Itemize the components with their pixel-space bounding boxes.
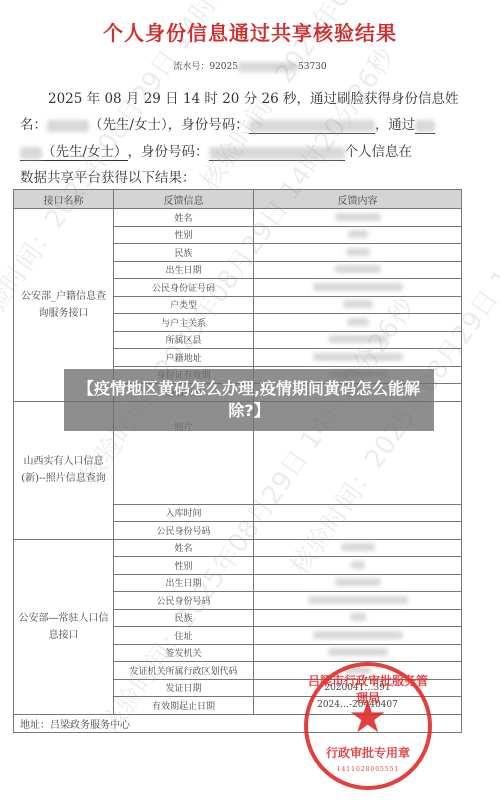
star-icon: ★ (348, 696, 387, 740)
field-label: 性别 (114, 557, 254, 575)
field-value (254, 261, 462, 279)
field-label: 出生日期 (114, 261, 254, 279)
redacted-id-2 (209, 147, 345, 159)
field-label: 姓名 (114, 209, 254, 227)
redacted-serial (238, 62, 298, 72)
result-table: 接口名称 反馈信息 反馈内容 公安部_户籍信息查询服务接口 姓名 性别 民族 出… (13, 189, 462, 733)
redacted-id (249, 120, 375, 132)
table-row: 公安部—常驻人口信息接口 姓名 (14, 539, 462, 557)
field-label: 公民身份号码 (114, 522, 254, 540)
official-seal: 吕梁市行政审批服务管理局 ★ 行政审批专用章 1411028005551 (304, 662, 432, 790)
table-header-row: 接口名称 反馈信息 反馈内容 (14, 190, 462, 209)
field-value (254, 627, 462, 645)
headline-banner: 【疫情地区黄码怎么办理,疫情期间黄码怎么能解除?】 (64, 369, 434, 431)
field-label: 出生日期 (114, 574, 254, 592)
interface-name: 公安部—常驻人口信息接口 (14, 539, 114, 714)
redacted-name-3 (20, 147, 42, 159)
serial-prefix: 92025 (209, 62, 238, 72)
redacted-name (47, 120, 89, 132)
field-value (254, 331, 462, 349)
field-value (254, 644, 462, 662)
field-label: 与户主关系 (114, 314, 254, 332)
field-label: 所属区县 (114, 331, 254, 349)
via-label: ，通过 (375, 117, 416, 133)
id-label-2: ，身份号码： (128, 144, 209, 160)
field-value (254, 244, 462, 262)
document-title: 个人身份信息通过共享核验结果 (0, 17, 500, 46)
field-label: 户籍地址 (114, 349, 254, 367)
seal-bottom-text: 行政审批专用章 (308, 744, 428, 761)
field-value (254, 279, 462, 297)
intro-line-1: 2025 年 08 月 29 日 14 时 20 分 26 秒，通过刷脸获得身份… (48, 87, 488, 107)
field-value (254, 209, 462, 227)
header-interface: 接口名称 (14, 190, 114, 209)
field-label: 签发机关 (114, 644, 254, 662)
title-label: （先生/女士） (42, 144, 128, 160)
field-label: 姓名 (114, 539, 254, 557)
info-label: 个人信息在 (345, 144, 413, 160)
field-value (254, 539, 462, 557)
field-value (254, 522, 462, 540)
intro-line-2: 名：（先生/女士），身份号码：，通过 (20, 113, 460, 134)
seal-code: 1411028005551 (308, 766, 428, 773)
field-label: 公民身份号码 (114, 592, 254, 610)
field-value (254, 226, 462, 244)
intro-line-4: 数据共享平台获得以下结果： (20, 166, 460, 186)
serial-number: 流水号：9202553730 (0, 59, 500, 72)
field-label: 性别 (114, 226, 254, 244)
serial-suffix: 53730 (298, 62, 327, 72)
field-label: 民族 (114, 244, 254, 262)
serial-label: 流水号： (173, 62, 209, 72)
field-value (254, 296, 462, 314)
field-value (254, 314, 462, 332)
field-label: 发证机关所属行政区划代码 (114, 662, 254, 680)
field-value (254, 557, 462, 575)
field-value (254, 592, 462, 610)
field-value (254, 349, 462, 367)
field-label: 住址 (114, 627, 254, 645)
field-label: 入库时间 (114, 504, 254, 522)
field-label: 发证日期 (114, 679, 254, 697)
field-label: 公民身份证号码 (114, 279, 254, 297)
field-label: 民族 (114, 609, 254, 627)
field-label: 户类型 (114, 296, 254, 314)
redacted-name-2 (415, 120, 435, 132)
header-feedback-content: 反馈内容 (254, 190, 462, 209)
field-value (254, 574, 462, 592)
id-label: （先生/女士），身份号码： (89, 117, 249, 133)
intro-line-3: （先生/女士），身份号码：个人信息在 (20, 140, 460, 161)
name-label: 名： (20, 117, 47, 133)
banner-text: 【疫情地区黄码怎么办理,疫情期间黄码怎么能解除?】 (74, 378, 424, 422)
field-label: 有效期起止日期 (114, 697, 254, 715)
table-row: 公安部_户籍信息查询服务接口 姓名 (14, 209, 462, 227)
header-feedback-info: 反馈信息 (114, 190, 254, 209)
field-value (254, 609, 462, 627)
field-value (254, 504, 462, 522)
